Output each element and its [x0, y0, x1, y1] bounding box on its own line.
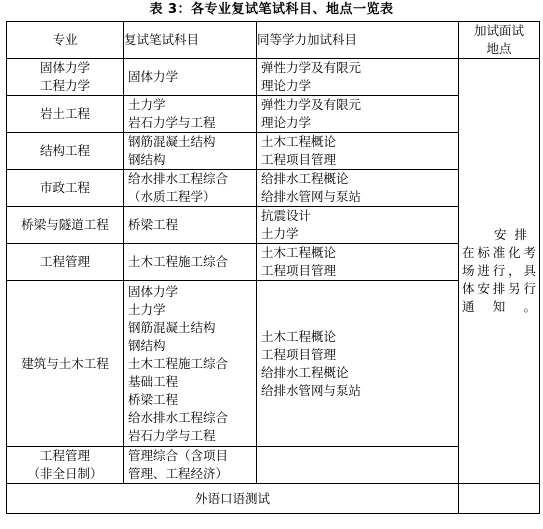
written-cell: 土木工程施工综合: [124, 244, 257, 281]
extra-cell: 土木工程概论 工程项目管理: [257, 133, 459, 170]
written-subject: 基础工程: [128, 373, 256, 391]
written-subject: 固体力学: [128, 283, 256, 301]
major-cell: 市政工程: [7, 170, 124, 207]
major-line: 市政工程: [7, 179, 123, 197]
written-cell: 桥梁工程: [124, 207, 257, 244]
written-subject: 管理综合（含项目: [128, 447, 256, 465]
extra-subject: 理论力学: [261, 114, 458, 132]
written-subject: 桥梁工程: [128, 216, 256, 234]
major-line: 工程力学: [7, 77, 123, 95]
major-cell: 固体力学 工程力学: [7, 59, 124, 96]
extra-subject: 弹性力学及有限元: [261, 59, 458, 77]
written-subject: 给水排水工程综合: [128, 409, 256, 427]
oral-test-site-cell: [459, 484, 540, 514]
major-cell: 工程管理: [7, 244, 124, 281]
header-written-subjects: 复试笔试科目: [124, 22, 257, 59]
site-note-rest: 在标准化考场进行，具体安排另行通知。: [462, 245, 537, 314]
extra-subject: 工程项目管理: [261, 151, 458, 169]
extra-subject: 给排水工程概论: [261, 170, 458, 188]
site-note: 安排 在标准化考场进行，具体安排另行通知。: [462, 226, 537, 316]
major-cell: 工程管理 （非全日制）: [7, 447, 124, 484]
header-major: 专业: [7, 22, 124, 59]
written-subject: 管理、工程经济）: [128, 465, 256, 483]
written-subject: 钢结构: [128, 337, 256, 355]
written-subject: 岩石力学与工程: [128, 114, 256, 132]
oral-test-cell: 外语口语测试: [7, 484, 459, 514]
major-line: 岩土工程: [7, 105, 123, 123]
extra-subject: 给排水工程概论: [261, 364, 458, 382]
written-cell: 固体力学 土力学 钢筋混凝土结构 钢结构 土木工程施工综合 基础工程 桥梁工程 …: [124, 281, 257, 447]
extra-cell: 给排水工程概论 给排水管网与泵站: [257, 170, 459, 207]
extra-cell: 弹性力学及有限元 理论力学: [257, 96, 459, 133]
extra-subject: 土木工程概论: [261, 244, 458, 262]
written-subject: （水质工程学）: [128, 188, 256, 206]
table-header-row: 专业 复试笔试科目 同等学力加试科目 加试面试 地点: [7, 22, 540, 59]
major-line: 建筑与土木工程: [7, 355, 123, 373]
extra-subject: 土力学: [261, 225, 458, 243]
major-cell: 桥梁与隧道工程: [7, 207, 124, 244]
extra-cell: 土木工程概论 工程项目管理: [257, 244, 459, 281]
written-subject: 土木工程施工综合: [128, 355, 256, 373]
extra-cell: 弹性力学及有限元 理论力学: [257, 59, 459, 96]
written-cell: 固体力学: [124, 59, 257, 96]
extra-subject: 土木工程概论: [261, 328, 458, 346]
extra-subject: 抗震设计: [261, 207, 458, 225]
oral-test-row: 外语口语测试: [7, 484, 540, 514]
exam-subjects-table: 专业 复试笔试科目 同等学力加试科目 加试面试 地点 固体力学 工程力学 固体力…: [6, 21, 540, 514]
major-cell: 岩土工程: [7, 96, 124, 133]
extra-subject: 给排水管网与泵站: [261, 382, 458, 400]
header-site-line1: 加试面试: [459, 22, 539, 40]
written-subject: 土力学: [128, 301, 256, 319]
major-cell: 建筑与土木工程: [7, 281, 124, 447]
written-cell: 给水排水工程综合 （水质工程学）: [124, 170, 257, 207]
written-subject: 给水排水工程综合: [128, 170, 256, 188]
major-line: 桥梁与隧道工程: [7, 216, 123, 234]
extra-subject: 工程项目管理: [261, 346, 458, 364]
extra-subject: 给排水管网与泵站: [261, 188, 458, 206]
written-subject: 岩石力学与工程: [128, 427, 256, 445]
extra-cell: 土木工程概论 工程项目管理 给排水工程概论 给排水管网与泵站: [257, 281, 459, 447]
major-cell: 结构工程: [7, 133, 124, 170]
written-cell: 钢筋混凝土结构 钢结构: [124, 133, 257, 170]
major-line: 固体力学: [7, 59, 123, 77]
written-subject: 土木工程施工综合: [128, 253, 256, 271]
site-note-first: 安排: [462, 226, 537, 244]
major-line: 结构工程: [7, 142, 123, 160]
extra-subject: 工程项目管理: [261, 262, 458, 280]
major-line: 工程管理: [7, 253, 123, 271]
header-extra-subjects: 同等学力加试科目: [257, 22, 459, 59]
written-subject: 土力学: [128, 96, 256, 114]
site-cell: 安排 在标准化考场进行，具体安排另行通知。: [459, 59, 540, 484]
table-title: 表 3：各专业复试笔试科目、地点一览表: [0, 2, 543, 18]
header-site-line2: 地点: [459, 40, 539, 58]
written-cell: 管理综合（含项目 管理、工程经济）: [124, 447, 257, 484]
header-site: 加试面试 地点: [459, 22, 540, 59]
extra-subject: 弹性力学及有限元: [261, 96, 458, 114]
written-subject: 钢结构: [128, 151, 256, 169]
written-subject: 钢筋混凝土结构: [128, 319, 256, 337]
extra-subject: 土木工程概论: [261, 133, 458, 151]
extra-cell: 抗震设计 土力学: [257, 207, 459, 244]
major-line: 工程管理: [7, 447, 123, 465]
written-subject: 钢筋混凝土结构: [128, 133, 256, 151]
written-subject: 桥梁工程: [128, 391, 256, 409]
major-line: （非全日制）: [7, 465, 123, 483]
extra-cell: [257, 447, 459, 484]
extra-subject: 理论力学: [261, 77, 458, 95]
table-row: 固体力学 工程力学 固体力学 弹性力学及有限元 理论力学 安排 在标准化考场进行…: [7, 59, 540, 96]
written-cell: 土力学 岩石力学与工程: [124, 96, 257, 133]
written-subject: 固体力学: [128, 68, 256, 86]
